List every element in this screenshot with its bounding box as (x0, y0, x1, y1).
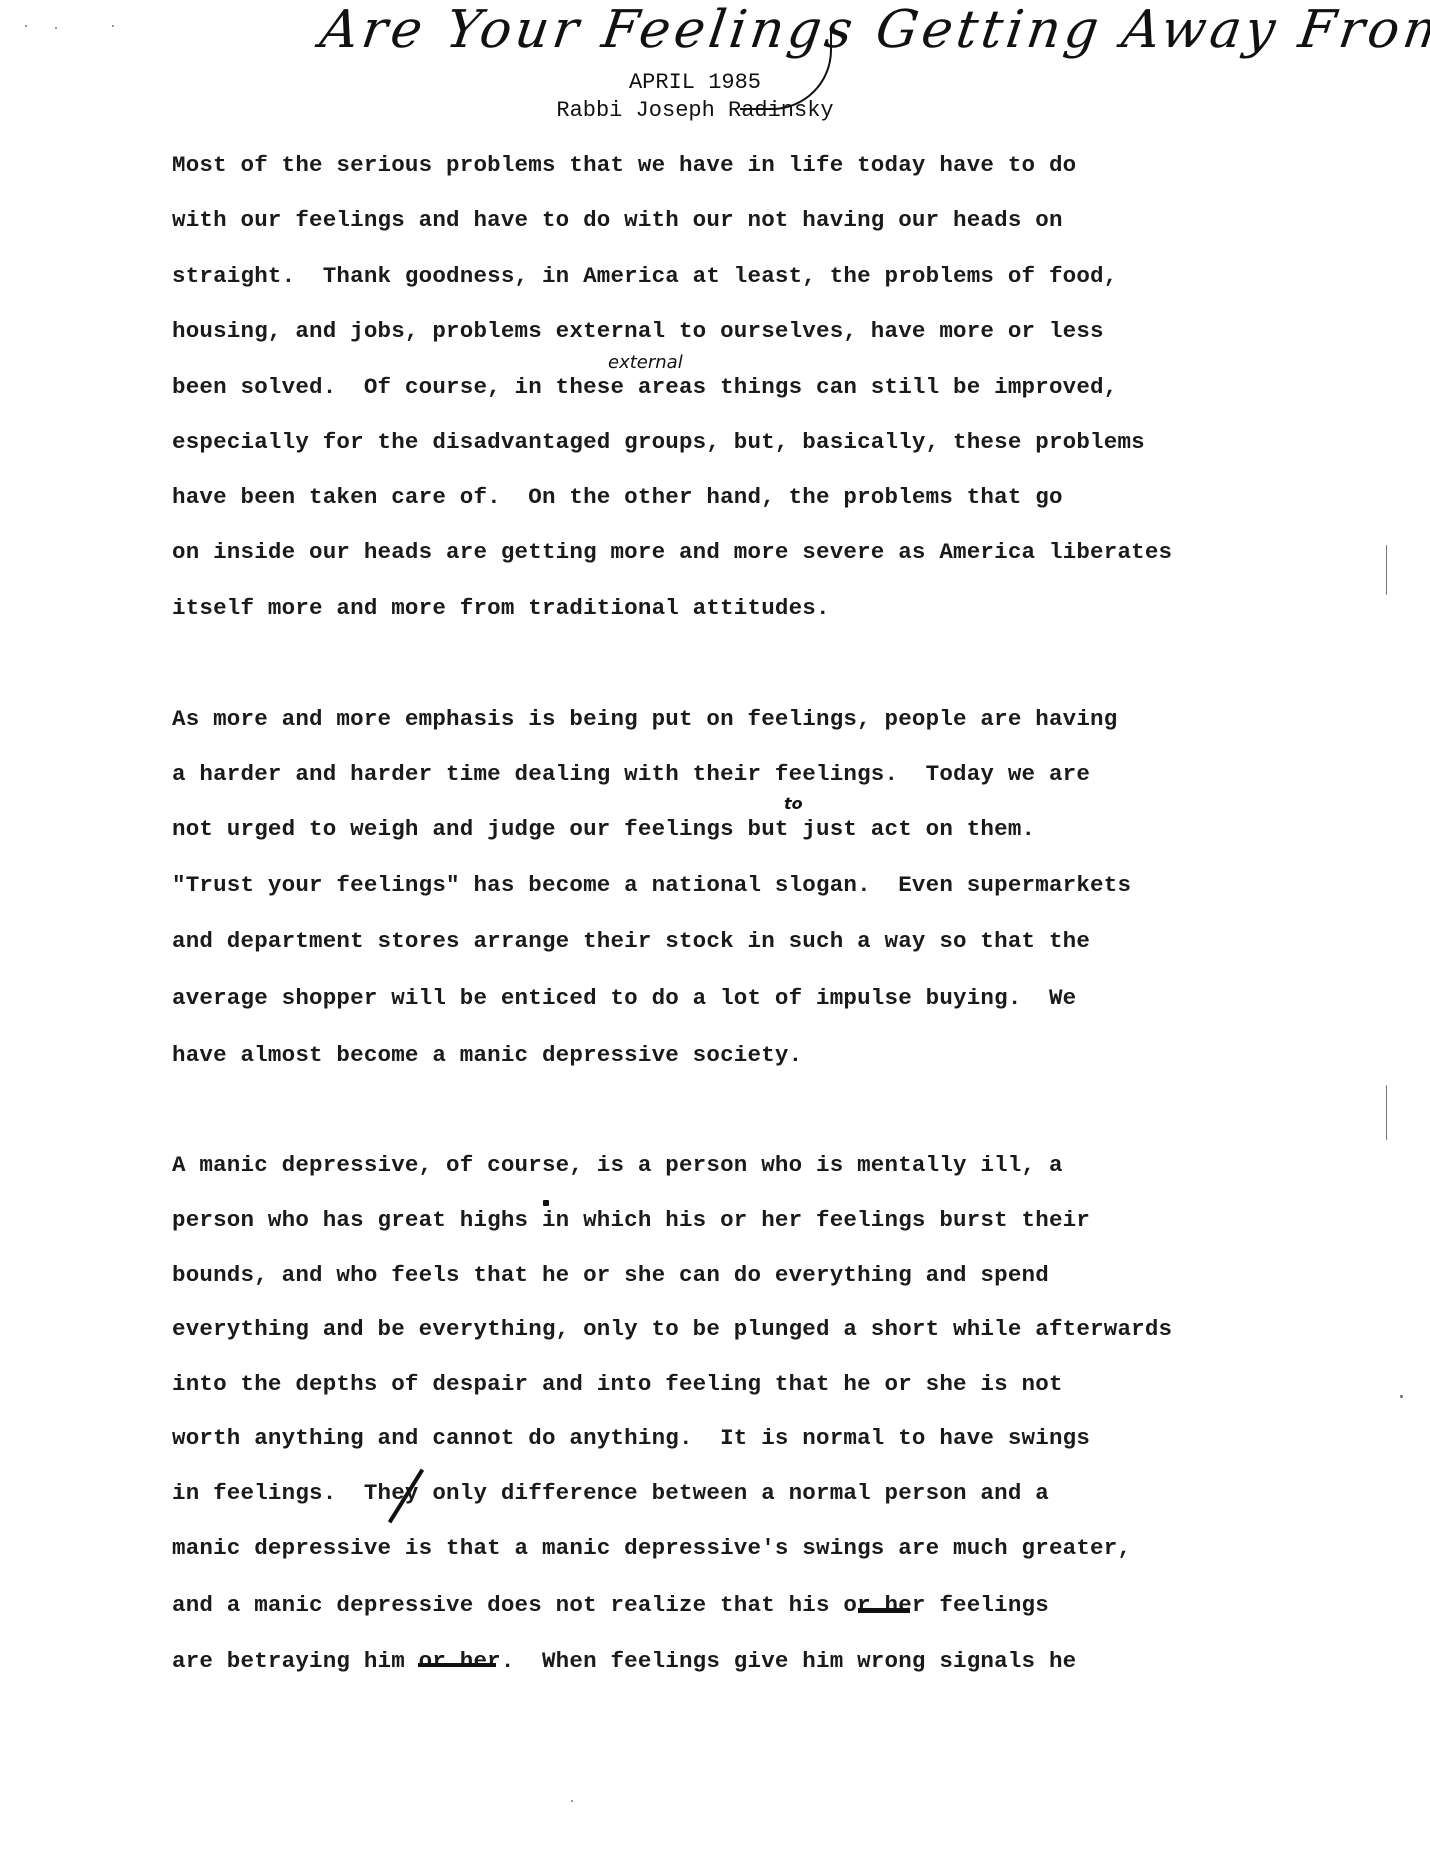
text-line: everything and be everything, only to be… (172, 1316, 1172, 1342)
text-line: average shopper will be enticed to do a … (172, 985, 1076, 1011)
text-line: on inside our heads are getting more and… (172, 539, 1172, 565)
text-line: been solved. Of course, in these areas t… (172, 374, 1117, 400)
text-line: housing, and jobs, problems external to … (172, 318, 1104, 344)
document-page: Are Your Feelings Getting Away From You?… (0, 0, 1430, 1851)
text-line: straight. Thank goodness, in America at … (172, 263, 1117, 289)
text-line: are betraying him or her. When feelings … (172, 1648, 1076, 1674)
text-line: in feelings. They only difference betwee… (172, 1480, 1049, 1506)
handwritten-insert-external: external (608, 352, 683, 373)
scan-speck (571, 1800, 573, 1802)
scan-speck (1386, 1085, 1387, 1140)
strikethrough-or-her-1 (858, 1608, 910, 1613)
document-date: APRIL 1985 (0, 70, 1410, 95)
document-author: Rabbi Joseph Radinsky (0, 98, 1410, 123)
text-line: have been taken care of. On the other ha… (172, 484, 1063, 510)
ink-dot (543, 1200, 549, 1206)
handwritten-insert-to: to (784, 794, 803, 813)
text-line: and department stores arrange their stoc… (172, 928, 1090, 954)
text-line: A manic depressive, of course, is a pers… (172, 1152, 1063, 1178)
text-line: with our feelings and have to do with ou… (172, 207, 1063, 233)
scan-speck (55, 27, 57, 29)
text-line: have almost become a manic depressive so… (172, 1042, 802, 1068)
text-line: As more and more emphasis is being put o… (172, 706, 1117, 732)
text-line: itself more and more from traditional at… (172, 595, 830, 621)
text-line: not urged to weigh and judge our feeling… (172, 816, 1035, 842)
text-line: Most of the serious problems that we hav… (172, 152, 1076, 178)
text-line: person who has great highs in which his … (172, 1207, 1090, 1233)
scan-speck (1386, 545, 1387, 595)
scan-speck (1400, 1395, 1403, 1398)
text-line: manic depressive is that a manic depress… (172, 1535, 1131, 1561)
scan-speck (112, 25, 114, 27)
text-line: and a manic depressive does not realize … (172, 1592, 1049, 1618)
strikethrough-or-her-2 (418, 1663, 496, 1667)
scan-speck (25, 25, 27, 27)
text-line: into the depths of despair and into feel… (172, 1371, 1063, 1397)
text-line: especially for the disadvantaged groups,… (172, 429, 1145, 455)
text-line: bounds, and who feels that he or she can… (172, 1262, 1049, 1288)
text-line: worth anything and cannot do anything. I… (172, 1425, 1090, 1451)
text-line: "Trust your feelings" has become a natio… (172, 872, 1131, 898)
text-line: a harder and harder time dealing with th… (172, 761, 1090, 787)
